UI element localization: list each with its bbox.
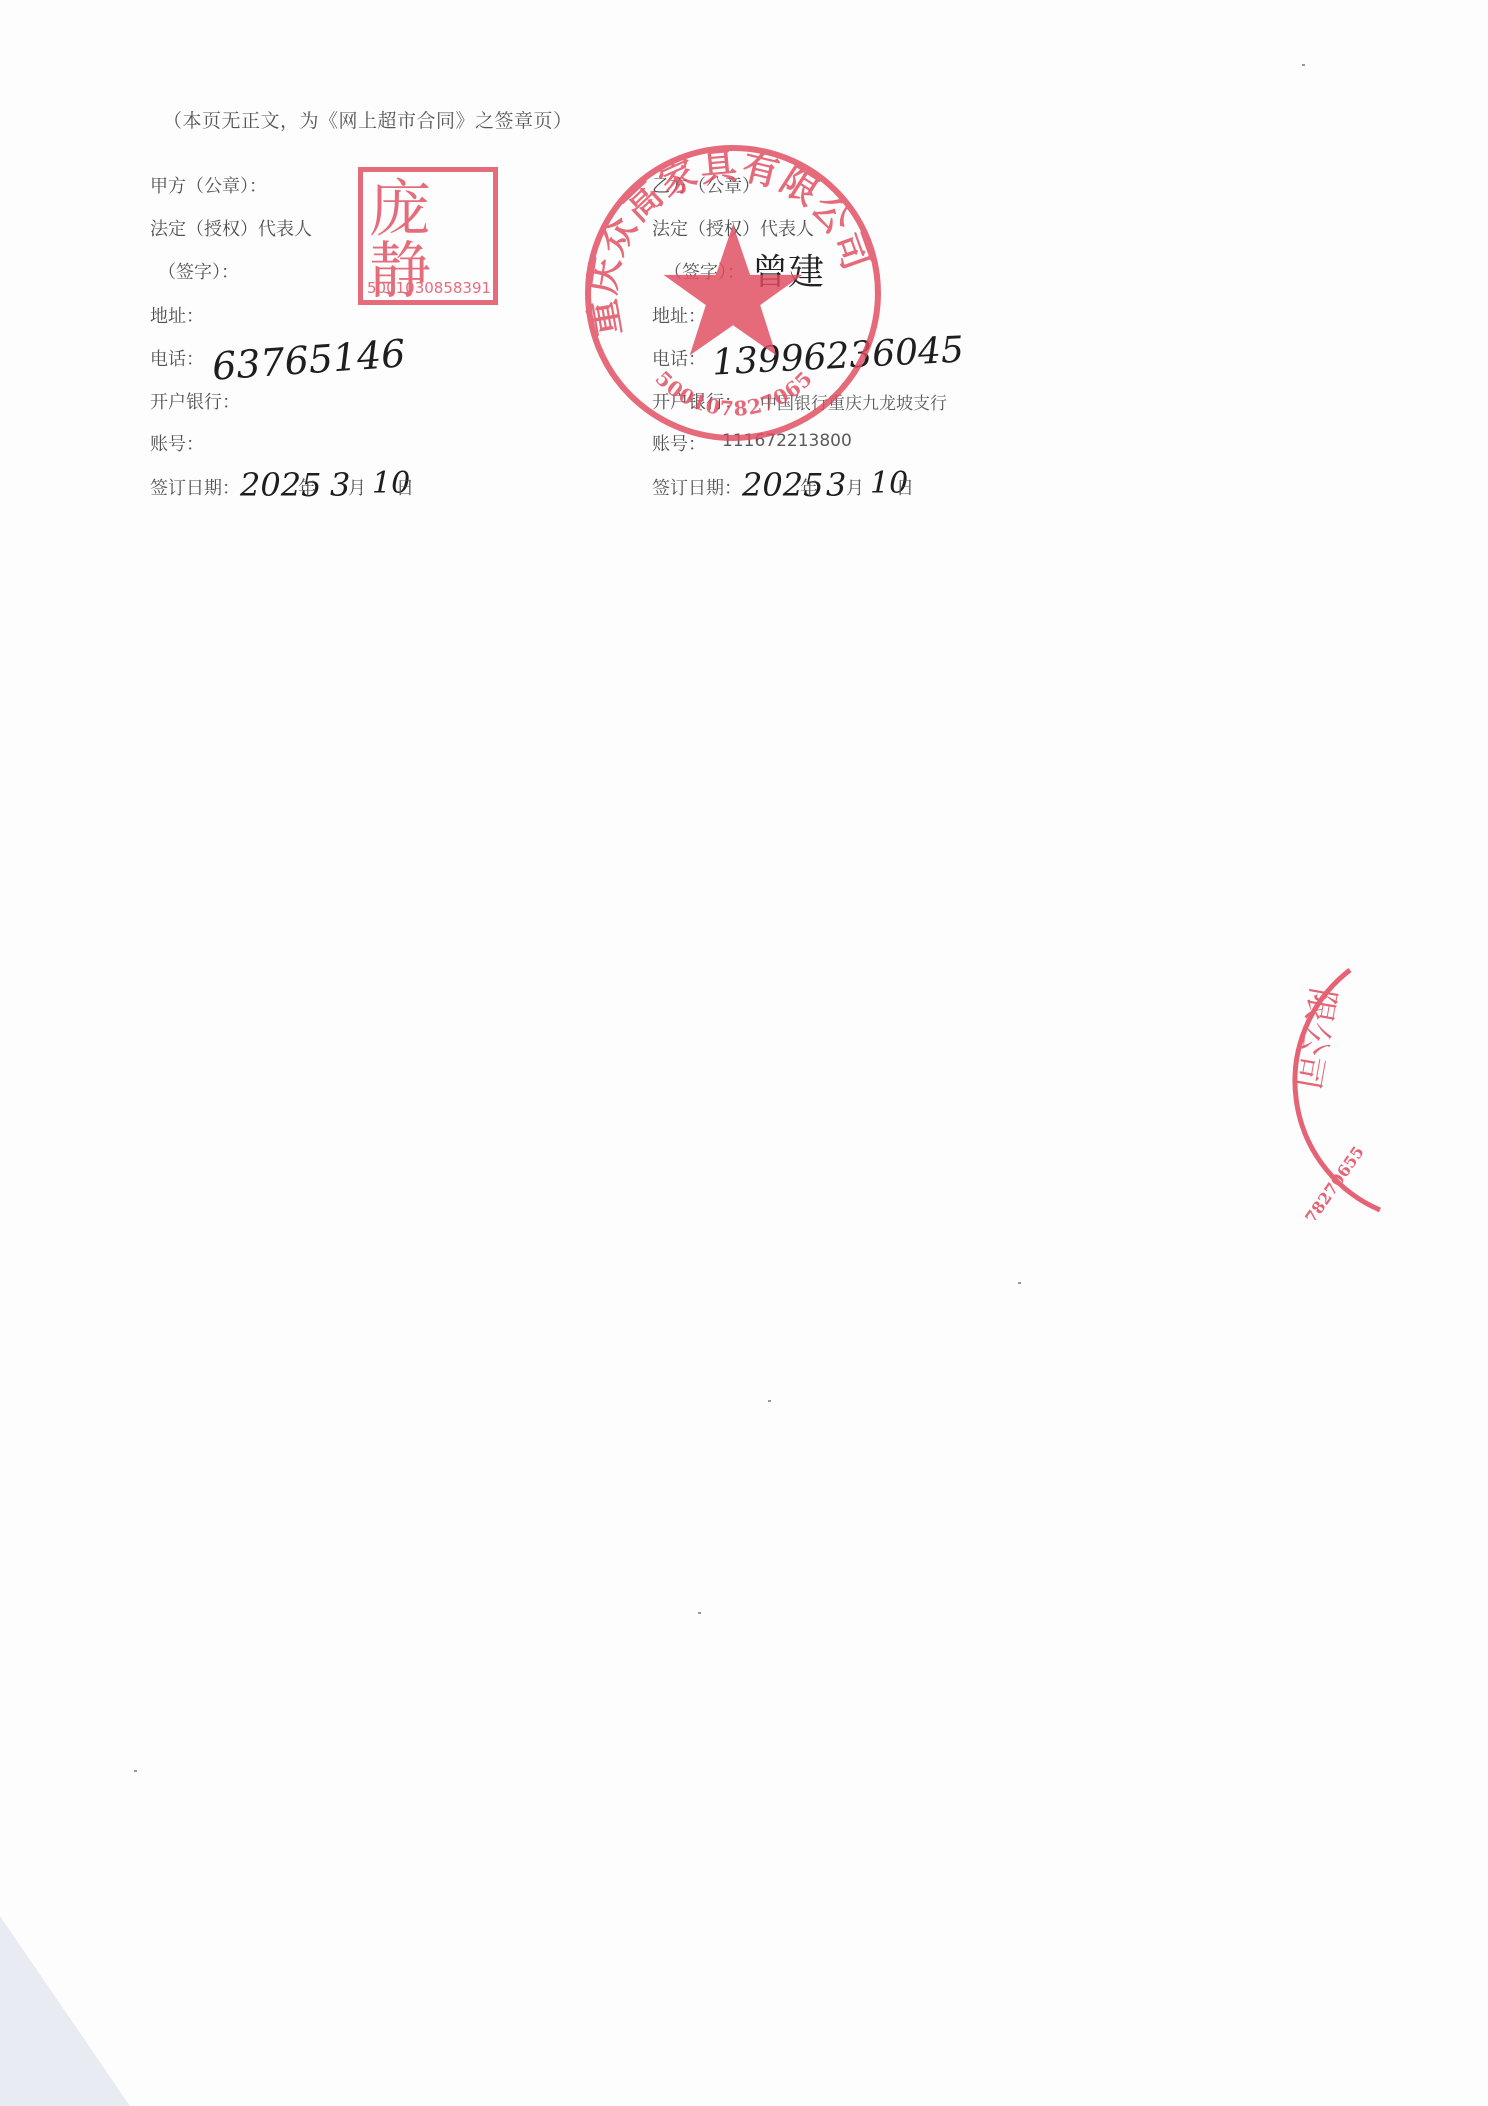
party-a-sign-label: （签字）： <box>158 258 239 284</box>
party-a-date-month-unit: 月 <box>348 474 366 500</box>
scan-speck <box>698 1612 701 1614</box>
party-a-rep-label: 法定（授权）代表人 <box>150 215 312 241</box>
party-b-account-value: 111672213800 <box>722 431 852 451</box>
party-b-date-label: 签订日期： <box>652 474 742 500</box>
party-a-bank-label: 开户银行： <box>150 388 240 414</box>
scan-corner-fold <box>0 1916 130 2106</box>
scan-speck <box>1018 1282 1021 1284</box>
partial-round-seal: 限公司 78270655 <box>1260 960 1420 1220</box>
party-b-sign-label: （签字）： <box>664 258 745 284</box>
scan-speck <box>768 1400 771 1402</box>
party-a-date-label: 签订日期： <box>150 474 240 500</box>
party-a-seal-label: 甲方（公章）： <box>150 172 267 198</box>
page-note: （本页无正文，为《网上超市合同》之签章页） <box>163 106 573 133</box>
party-b-phone-handwritten: 13996236045 <box>711 329 965 383</box>
party-a-date-year-unit: 年 <box>298 474 316 500</box>
party-b-rep-label: 法定（授权）代表人 <box>652 215 814 241</box>
party-a-date-day-unit: 日 <box>396 474 414 500</box>
party-a-phone-handwritten: 63765146 <box>211 331 407 388</box>
party-a-square-seal: 庞静 5001030858391 <box>358 167 498 305</box>
party-b-signature: 曾建 <box>752 244 824 295</box>
party-b-date-month: 3 <box>826 466 846 504</box>
partial-seal-number: 78270655 <box>1301 1143 1368 1220</box>
party-b-address-label: 地址： <box>652 302 706 328</box>
party-b-bank-label: 开户银行： <box>652 388 742 414</box>
party-b-date-day-unit: 日 <box>896 474 914 500</box>
party-b-date-year-unit: 年 <box>800 474 818 500</box>
party-b-seal-label: 乙方（公章） <box>652 172 760 198</box>
scan-speck <box>1302 64 1305 66</box>
party-b-bank-value: 中国银行重庆九龙坡支行 <box>760 389 947 414</box>
party-b-date-month-unit: 月 <box>846 474 864 500</box>
party-b-phone-label: 电话： <box>652 345 706 371</box>
partial-seal-text: 限公司 <box>1286 985 1343 1092</box>
party-b-account-label: 账号： <box>652 430 706 456</box>
party-a-phone-label: 电话： <box>150 345 204 371</box>
party-a-seal-number: 5001030858391 <box>367 279 491 297</box>
party-a-address-label: 地址： <box>150 302 204 328</box>
party-a-account-label: 账号： <box>150 430 204 456</box>
scan-speck <box>134 1770 137 1772</box>
